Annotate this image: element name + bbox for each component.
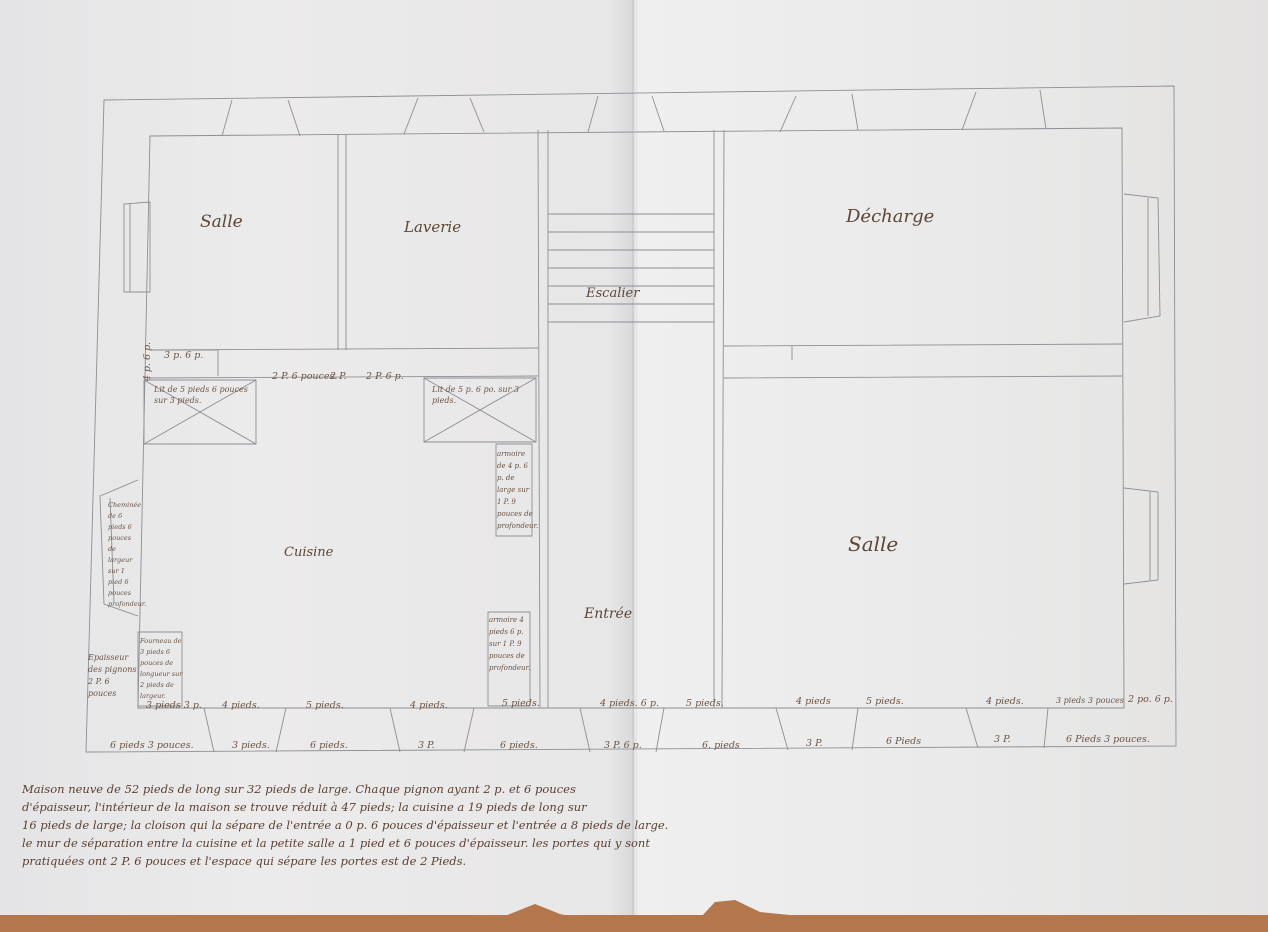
annotation-side-vertical: 4 p. 6 p. bbox=[142, 342, 153, 381]
room-label-decharge: Décharge bbox=[846, 206, 934, 227]
caption-line: d'épaisseur, l'intérieur de la maison se… bbox=[22, 798, 642, 816]
dimension-inner: 4 pieds. bbox=[410, 700, 448, 711]
annotation-corridor-3: 2 P. 6 p. bbox=[366, 371, 404, 382]
annotation-pignon: Epaisseur des pignons 2 P. 6 pouces bbox=[88, 652, 140, 700]
dimension-inner: 5 pieds. bbox=[502, 698, 540, 709]
dimension-inner: 5 pieds. bbox=[866, 696, 904, 707]
annotation-bed-left: Lit de 5 pieds 6 pouces sur 3 pieds. bbox=[154, 384, 254, 406]
annotation-bed-right: Lit de 5 p. 6 po. sur 3 pieds. bbox=[432, 384, 532, 406]
annotation-top-wall-left: 3 p. 6 p. bbox=[164, 350, 203, 361]
annotation-armoire-top: armoire de 4 p. 6 p. de large sur 1 P. 9… bbox=[497, 448, 533, 532]
dimension-outer: 6 pieds 3 pouces. bbox=[110, 740, 194, 751]
dimension-inner: 2 po. 6 p. bbox=[1128, 694, 1173, 705]
caption-line: pratiquées ont 2 P. 6 pouces et l'espace… bbox=[22, 852, 642, 870]
dimension-inner: 5 pieds. bbox=[686, 698, 724, 709]
annotation-armoire-bottom: armoire 4 pieds 6 p. sur 1 P. 9 pouces d… bbox=[489, 614, 529, 674]
room-label-entree: Entrée bbox=[584, 606, 632, 622]
dimension-inner: 4 pieds. 6 p. bbox=[600, 698, 659, 709]
dimension-outer: 6 Pieds bbox=[886, 736, 921, 747]
plan-description-caption: Maison neuve de 52 pieds de long sur 32 … bbox=[22, 780, 642, 870]
dimension-inner: 4 pieds bbox=[796, 696, 831, 707]
room-label-laverie: Laverie bbox=[404, 218, 461, 236]
dimension-outer: 6 Pieds 3 pouces. bbox=[1066, 734, 1150, 745]
dimension-outer: 3 P. bbox=[806, 738, 823, 749]
room-label-escalier: Escalier bbox=[586, 286, 639, 301]
caption-line: 16 pieds de large; la cloison qui la sép… bbox=[22, 816, 642, 834]
dimension-outer: 6 pieds. bbox=[310, 740, 348, 751]
outer-wall bbox=[86, 86, 1176, 752]
annotation-fourneau: Fourneau de 3 pieds 6 pouces de longueur… bbox=[140, 636, 184, 702]
dimension-outer: 3 P. bbox=[994, 734, 1011, 745]
annotation-chimney: Cheminée de 6 pieds 6 pouces de largeur … bbox=[108, 500, 140, 610]
dimension-inner: 5 pieds. bbox=[306, 700, 344, 711]
caption-line: Maison neuve de 52 pieds de long sur 32 … bbox=[22, 780, 642, 798]
dimension-inner: 3 pieds 3 pouces bbox=[1056, 696, 1124, 705]
dimension-outer: 3 pieds. bbox=[232, 740, 270, 751]
room-label-salle-left: Salle bbox=[200, 212, 243, 232]
torn-paper-edge bbox=[0, 892, 1268, 932]
room-label-cuisine: Cuisine bbox=[284, 545, 333, 560]
room-label-salle-right: Salle bbox=[848, 532, 898, 556]
annotation-corridor-2: 2 P. bbox=[330, 371, 347, 382]
dimension-outer: 3 P. 6 p. bbox=[604, 740, 642, 751]
dimension-outer: 6. pieds bbox=[702, 740, 740, 751]
dimension-outer: 6 pieds. bbox=[500, 740, 538, 751]
annotation-corridor-1: 2 P. 6 pouces. bbox=[272, 371, 337, 382]
dimension-outer: 3 P. bbox=[418, 740, 435, 751]
dimension-inner: 3 pieds 3 p. bbox=[146, 700, 202, 711]
caption-line: le mur de séparation entre la cuisine et… bbox=[22, 834, 642, 852]
dimension-inner: 4 pieds. bbox=[222, 700, 260, 711]
dimension-inner: 4 pieds. bbox=[986, 696, 1024, 707]
